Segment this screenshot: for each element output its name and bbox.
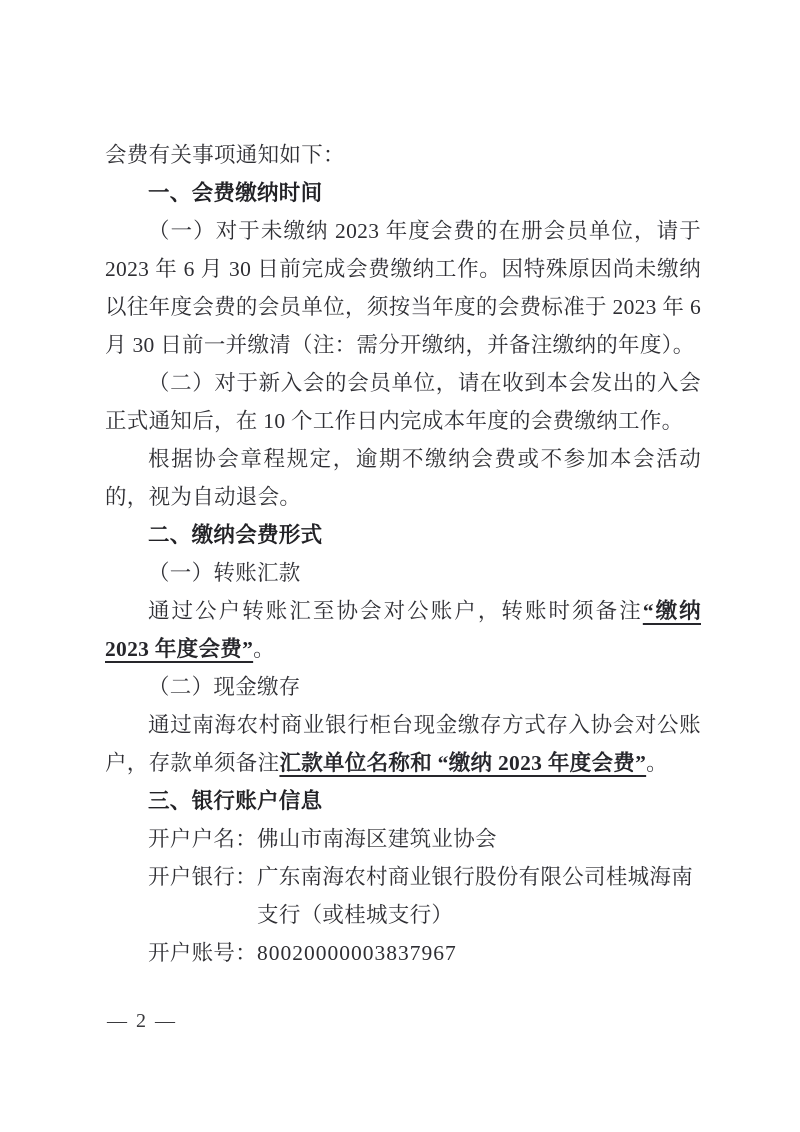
account-number-label: 开户账号： xyxy=(148,934,257,972)
bank-name-label: 开户银行： xyxy=(148,858,257,896)
account-number-value: 80020000003837967 xyxy=(257,934,701,972)
section-heading-bank-info: 三、银行账户信息 xyxy=(105,782,701,820)
para-new-members: （二）对于新入会的会员单位，请在收到本会发出的入会正式通知后，在 10 个工作日… xyxy=(105,364,701,440)
subtitle-bank-transfer: （一）转账汇款 xyxy=(105,554,701,592)
document-content: 会费有关事项通知如下： 一、会费缴纳时间 （一）对于未缴纳 2023 年度会费的… xyxy=(105,136,701,972)
cash-deposit-emphasis: 汇款单位名称和 “缴纳 2023 年度会费” xyxy=(279,751,646,775)
bank-info-row-bank-name: 开户银行： 广东南海农村商业银行股份有限公司桂城海南支行（或桂城支行） xyxy=(148,858,701,934)
subtitle-cash-deposit: （二）现金缴存 xyxy=(105,668,701,706)
bank-info-row-account-name: 开户户名： 佛山市南海区建筑业协会 xyxy=(148,820,701,858)
bank-transfer-period: 。 xyxy=(253,637,275,661)
para-unpaid-members: （一）对于未缴纳 2023 年度会费的在册会员单位，请于 2023 年 6 月 … xyxy=(105,212,701,364)
document-page: 会费有关事项通知如下： 一、会费缴纳时间 （一）对于未缴纳 2023 年度会费的… xyxy=(0,0,800,1132)
page-number: — 2 — xyxy=(107,1007,177,1035)
bank-info-row-account-number: 开户账号： 80020000003837967 xyxy=(148,934,701,972)
account-name-label: 开户户名： xyxy=(148,820,257,858)
para-bank-transfer: 通过公户转账汇至协会对公账户，转账时须备注“缴纳 2023 年度会费”。 xyxy=(105,592,701,668)
account-name-value: 佛山市南海区建筑业协会 xyxy=(257,820,701,858)
bank-name-value: 广东南海农村商业银行股份有限公司桂城海南支行（或桂城支行） xyxy=(257,858,701,934)
cash-deposit-period: 。 xyxy=(646,751,668,775)
section-heading-payment-method: 二、缴纳会费形式 xyxy=(105,516,701,554)
para-cash-deposit: 通过南海农村商业银行柜台现金缴存方式存入协会对公账户，存款单须备注汇款单位名称和… xyxy=(105,706,701,782)
bank-info-list: 开户户名： 佛山市南海区建筑业协会 开户银行： 广东南海农村商业银行股份有限公司… xyxy=(148,820,701,972)
intro-text: 会费有关事项通知如下： xyxy=(105,136,701,174)
para-overdue-policy: 根据协会章程规定，逾期不缴纳会费或不参加本会活动的，视为自动退会。 xyxy=(105,440,701,516)
section-heading-fee-time: 一、会费缴纳时间 xyxy=(105,174,701,212)
bank-transfer-text: 通过公户转账汇至协会对公账户，转账时须备注 xyxy=(148,599,643,623)
